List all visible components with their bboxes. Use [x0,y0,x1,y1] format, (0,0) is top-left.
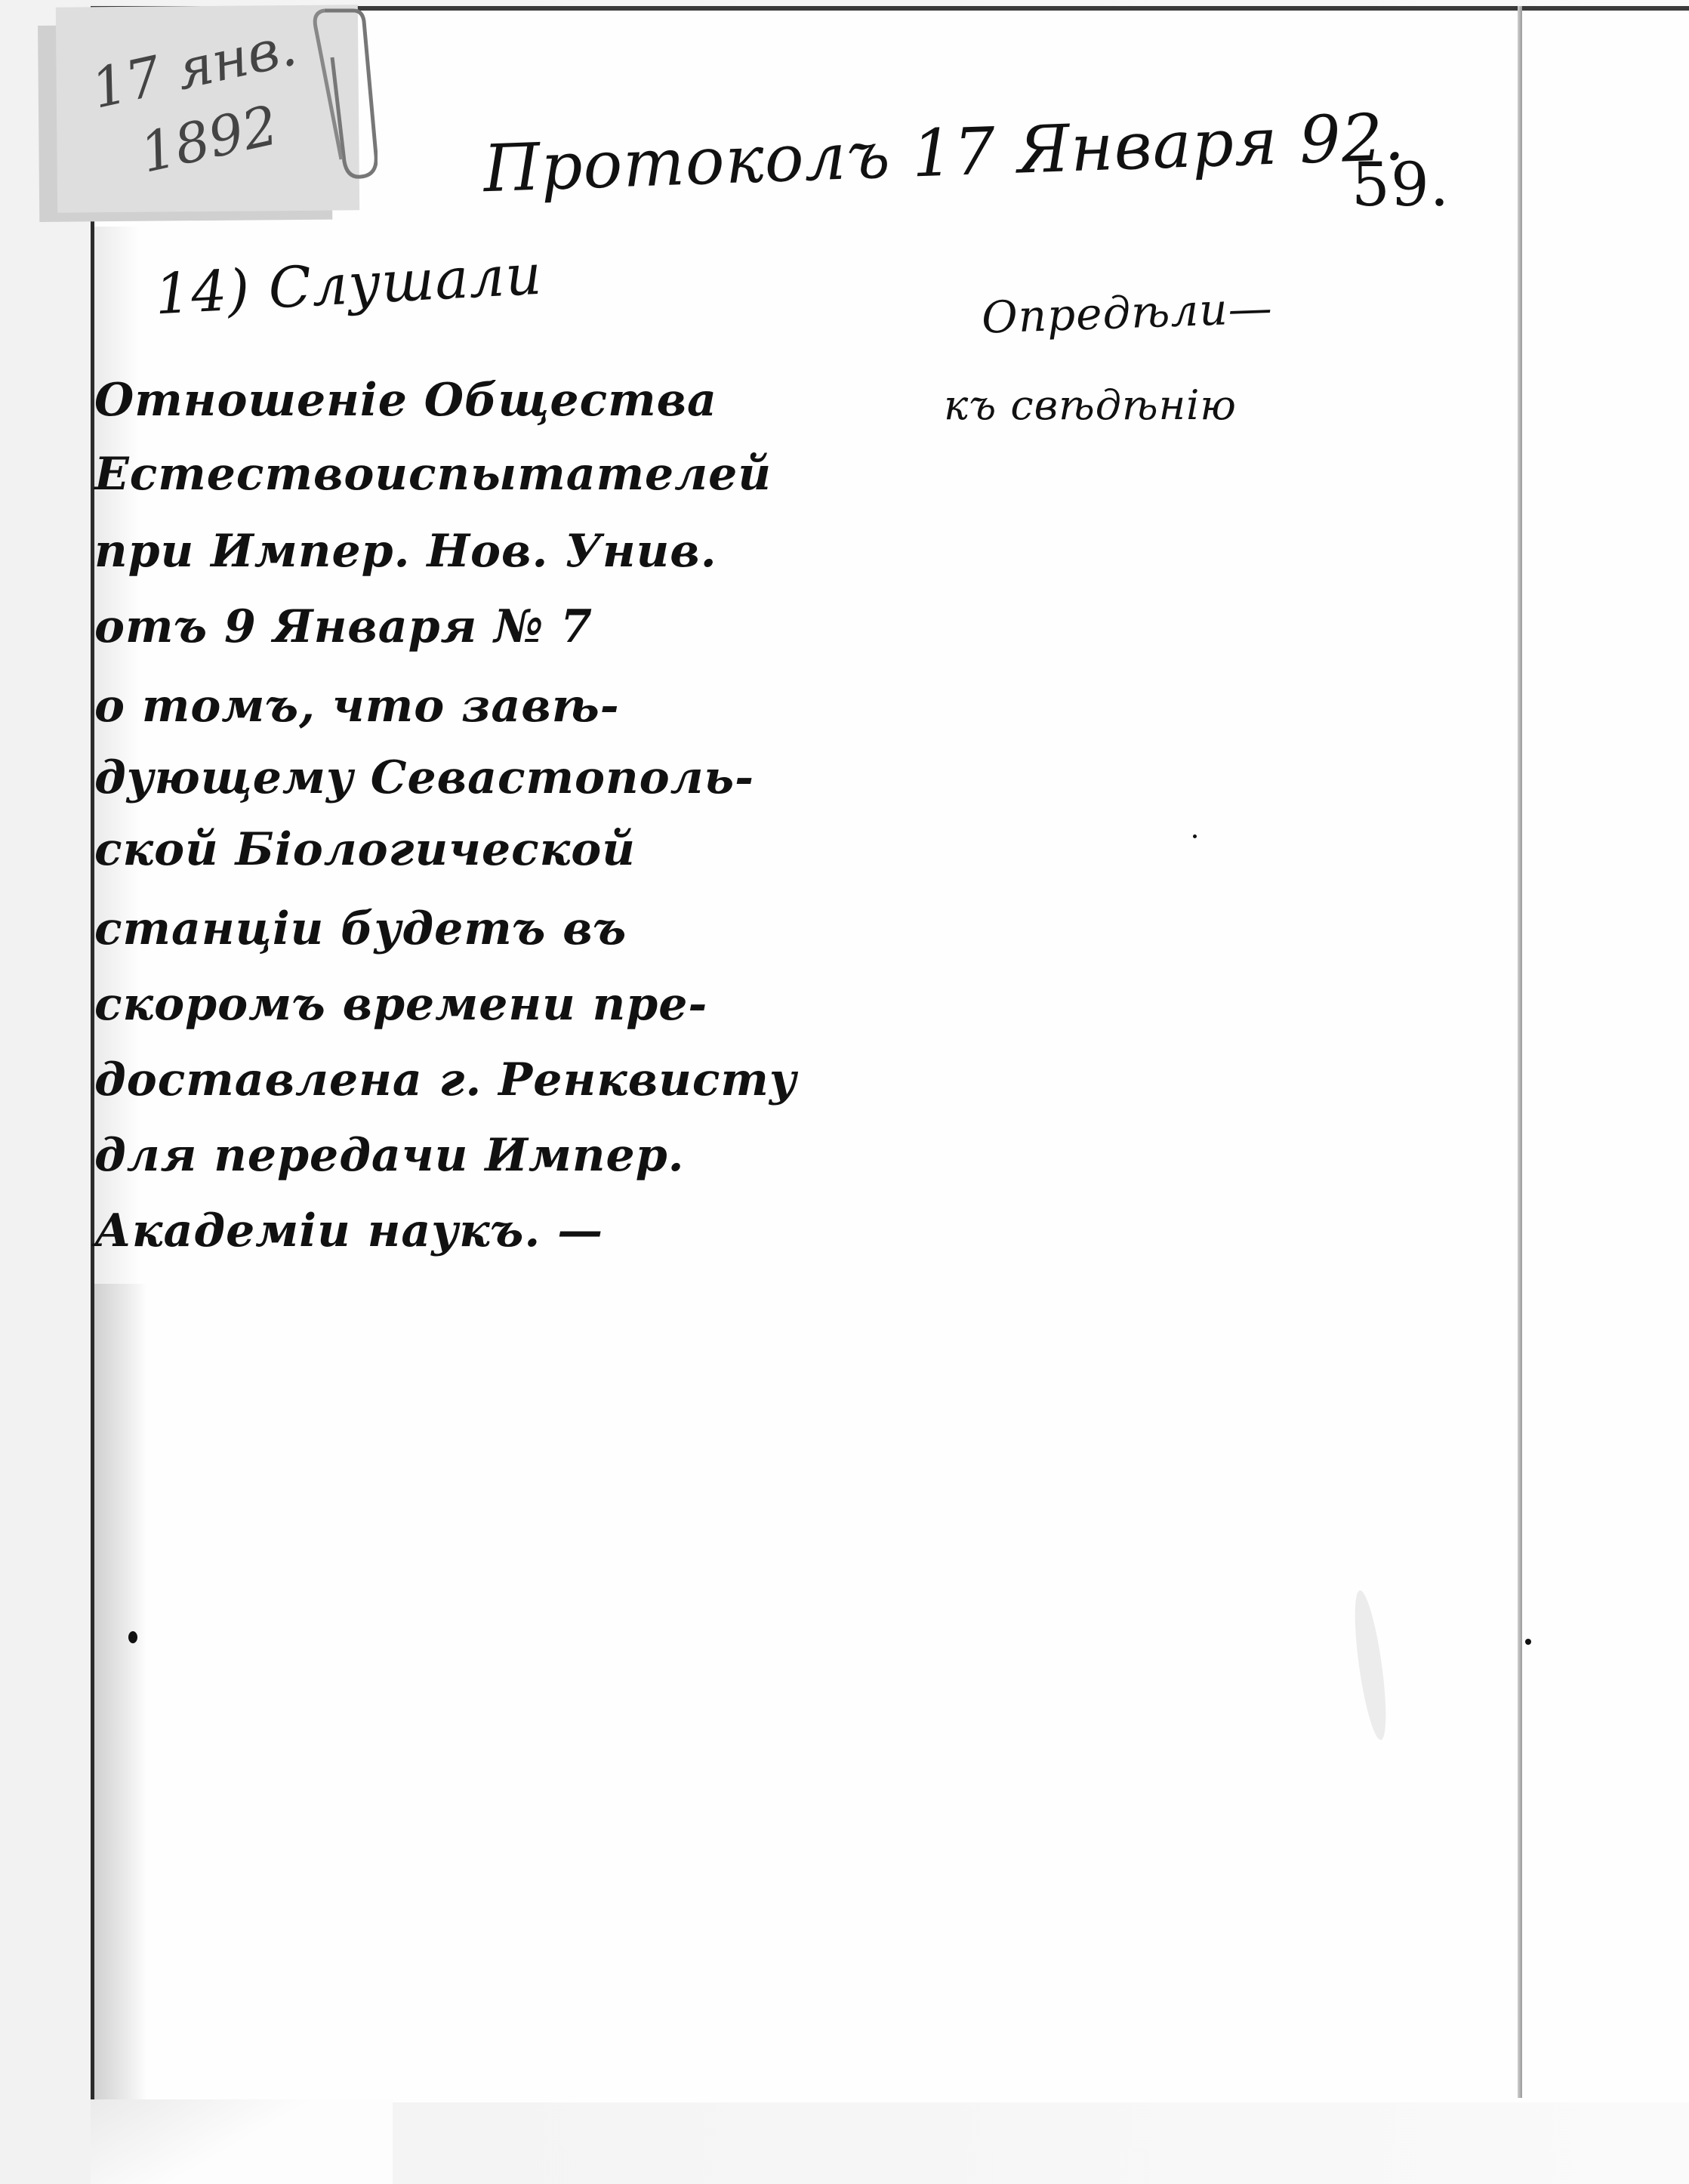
item-line: при Импер. Нов. Унив. [94,529,717,574]
corner-crease [91,2099,393,2184]
margin-shadow [94,1284,147,2099]
item-line: станціи будетъ въ [94,906,627,952]
item-line: доставлена г. Ренквисту [94,1057,797,1103]
ink-spot [128,1631,137,1643]
item-line: дующему Севастополь- [94,755,754,800]
item-line: Отношеніе Общества [94,378,717,423]
ink-spot [1525,1639,1531,1645]
item-line: ской Біологической [94,827,636,872]
item-line: о томъ, что завѣ- [94,683,620,729]
page-number: 59. [1352,155,1450,215]
resolution-heading: Опредѣли— [981,285,1273,339]
item-line: для передачи Импер. [94,1133,685,1178]
item-line: отъ 9 Января № 7 [94,604,593,649]
item-line: Академіи наукъ. — [94,1208,603,1254]
item-line: Естествоиспытателей [94,452,772,497]
paperclip-icon [302,5,378,186]
item-line: скоромъ времени пре- [94,982,707,1027]
resolution-text: къ свѣдѣнію [944,385,1237,426]
photo-right-edge [1518,6,1522,2098]
ink-spot [1193,834,1197,838]
sticky-note-year: 1892 [136,97,282,180]
